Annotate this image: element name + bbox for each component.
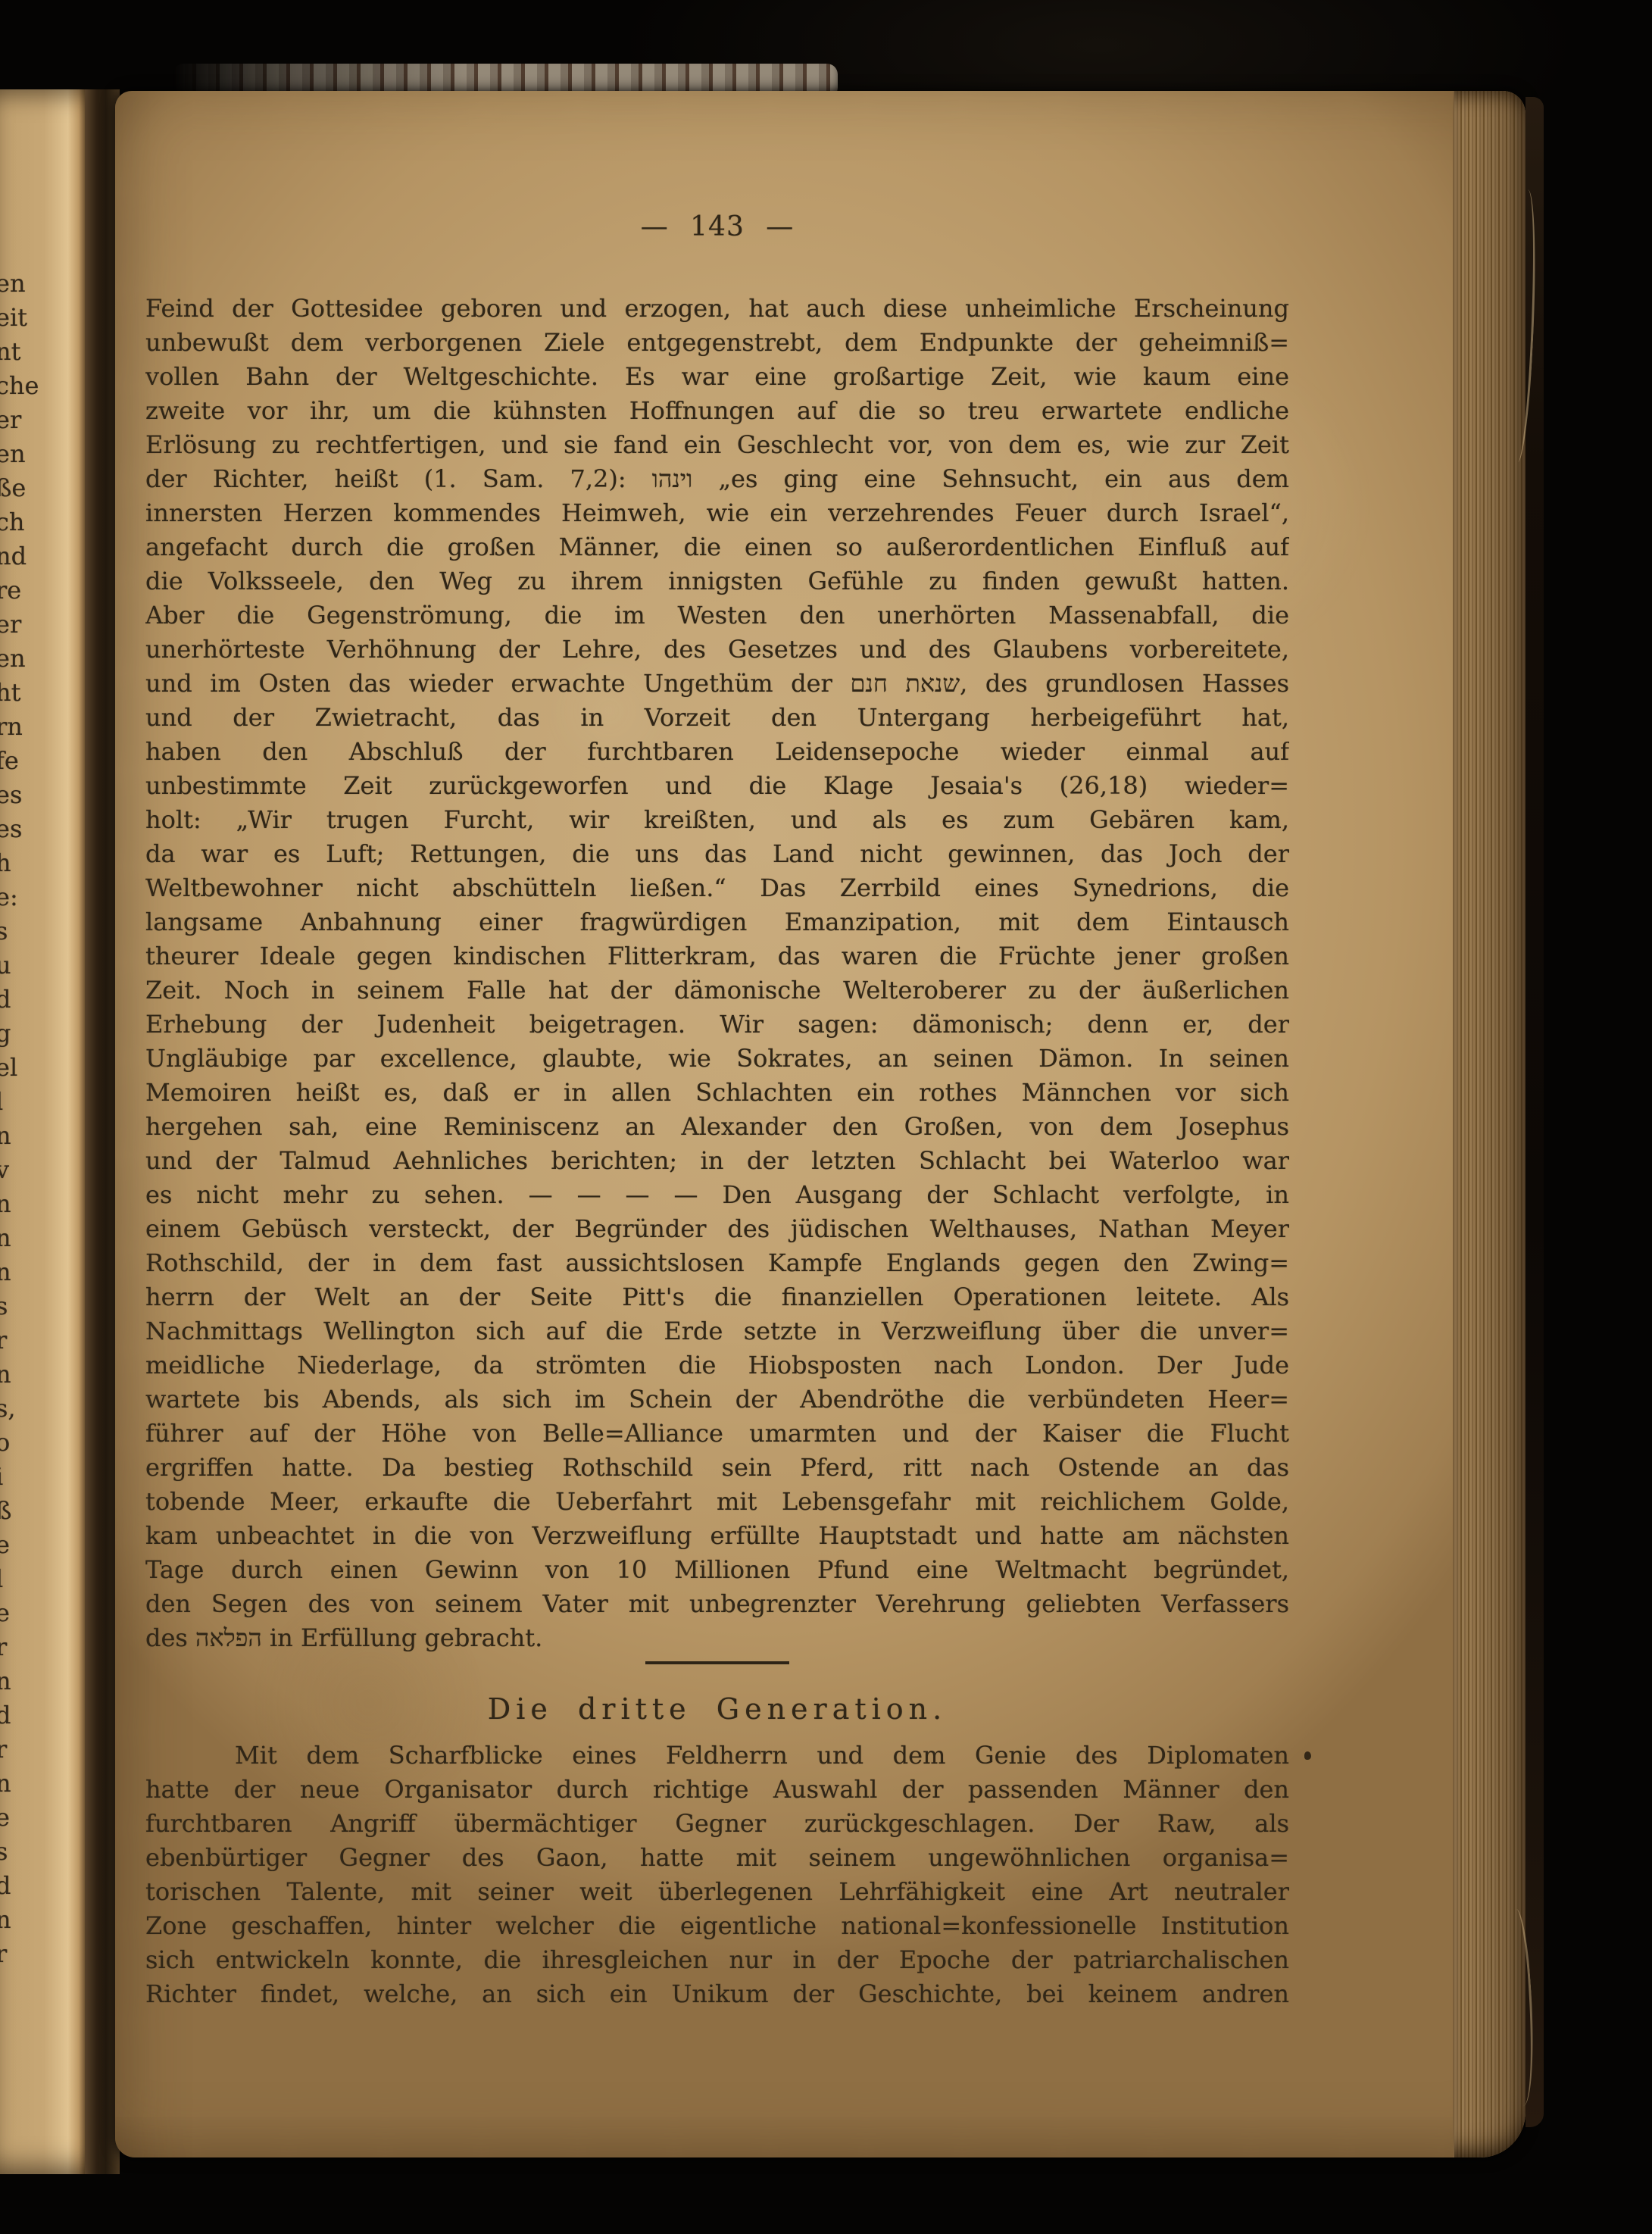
text-fragment: ße [0,471,85,505]
text-line: torischen Talente, mit seiner weit überl… [145,1875,1289,1909]
text-fragment: n [0,1119,85,1153]
text-fragment: n [0,1187,85,1221]
text-line: theurer Ideale gegen kindischen Flitterk… [145,939,1289,973]
text-fragment: re [0,573,85,608]
text-fragment: h [0,846,85,880]
text-line: hergehen sah, eine Reminiscenz an Alexan… [145,1110,1289,1144]
text-line: vollen Bahn der Weltgeschichte. Es war e… [145,360,1289,394]
text-line: Aber die Gegenströmung, die im Westen de… [145,598,1289,633]
text-fragment: che [0,369,85,403]
text-fragment: n [0,1255,85,1289]
text-line: führer auf der Höhe von Belle=Alliance u… [145,1417,1289,1451]
text-line: meidliche Niederlage, da strömten die Hi… [145,1348,1289,1383]
text-fragment: r [0,1937,85,1971]
book-page: — 143 — Feind der Gottesidee geboren und… [115,91,1526,2157]
text-line: wartete bis Abends, als sich im Schein d… [145,1383,1289,1417]
text-line: angefacht durch die großen Männer, die e… [145,530,1289,564]
text-fragment: n [0,1903,85,1937]
section-heading: Die dritte Generation. [145,1690,1289,1728]
facing-page-line-endings: eneitntcheerenßechndreerenhtrnfeeseshe:s… [0,89,85,1971]
text-line: unbewußt dem verborgenen Ziele entgegens… [145,326,1289,360]
text-line: innersten Herzen kommendes Heimweh, wie … [145,496,1289,530]
text-line: und der Talmud Aehnliches berichten; in … [145,1144,1289,1178]
text-fragment: v [0,1153,85,1187]
text-line: und im Osten das wieder erwachte Ungethü… [145,667,1289,701]
text-line: Erlösung zu rechtfertigen, und sie fand … [145,428,1289,462]
text-column: — 143 — Feind der Gottesidee geboren und… [145,91,1289,2011]
text-fragment: n [0,1767,85,1801]
text-fragment: n [0,1221,85,1255]
text-fragment: u [0,948,85,983]
text-fragment: ß [0,1494,85,1528]
book-photo: eneitntcheerenßechndreerenhtrnfeeseshe:s… [0,0,1652,2234]
section-divider [645,1661,789,1664]
text-line: zweite vor ihr, um die kühnsten Hoffnung… [145,394,1289,428]
text-fragment: e [0,1528,85,1562]
text-line: Memoiren heißt es, daß er in allen Schla… [145,1076,1289,1110]
section-paragraph: Mit dem Scharfblicke eines Feldherrn und… [145,1739,1289,2011]
text-line: Zone geschaffen, hinter welcher die eige… [145,1909,1289,1943]
text-line: langsame Anbahnung einer fragwürdigen Em… [145,905,1289,939]
text-fragment: ch [0,505,85,539]
text-line: einem Gebüsch versteckt, der Begründer d… [145,1212,1289,1246]
text-fragment: en [0,642,85,676]
text-fragment: r [0,1733,85,1767]
text-fragment: e: [0,880,85,914]
text-fragment: el [0,1051,85,1085]
text-fragment: en [0,437,85,471]
text-line: unerhörteste Verhöhnung der Lehre, des G… [145,633,1289,667]
text-fragment: l [0,1562,85,1596]
text-fragment: r [0,1630,85,1664]
text-fragment: o [0,1426,85,1460]
text-fragment: nt [0,335,85,369]
text-line: Richter findet, welche, an sich ein Unik… [145,1977,1289,2011]
text-fragment: eit [0,301,85,335]
text-fragment: n [0,1664,85,1698]
text-fragment: d [0,1698,85,1733]
text-line: holt: „Wir trugen Furcht, wir kreißten, … [145,803,1289,837]
text-line: unbestimmte Zeit zurückgeworfen und die … [145,769,1289,803]
text-line: Feind der Gottesidee geboren und erzogen… [145,292,1289,326]
text-line: Ungläubige par excellence, glaubte, wie … [145,1042,1289,1076]
text-line: der Richter, heißt (1. Sam. 7,2): וינהו … [145,462,1289,496]
text-fragment: n [0,1358,85,1392]
text-fragment: g [0,1017,85,1051]
text-fragment: es [0,812,85,846]
text-line: tobende Meer, erkaufte die Ueberfahrt mi… [145,1485,1289,1519]
text-line: Weltbewohner nicht abschütteln ließen.“ … [145,871,1289,905]
text-fragment: i [0,1460,85,1494]
ink-speck [1304,1751,1311,1760]
text-fragment: s, [0,1392,85,1426]
text-fragment: nd [0,539,85,573]
text-fragment: l [0,1085,85,1119]
text-fragment: en [0,267,85,301]
text-fragment: rn [0,710,85,744]
text-line: Zeit. Noch in seinem Falle hat der dämon… [145,973,1289,1008]
text-line: ergriffen hatte. Da bestieg Rothschild s… [145,1451,1289,1485]
text-line: furchtbaren Angriff übermächtiger Gegner… [145,1807,1289,1841]
text-line: haben den Abschluß der furchtbaren Leide… [145,735,1289,769]
opening-paragraph: Feind der Gottesidee geboren und erzogen… [145,292,1289,1655]
text-line: kam unbeachtet in die von Verzweiflung e… [145,1519,1289,1553]
text-fragment: d [0,1869,85,1903]
text-line: da war es Luft; Rettungen, die uns das L… [145,837,1289,871]
text-fragment: e [0,1801,85,1835]
text-fragment: r [0,1323,85,1358]
text-line: den Segen des von seinem Vater mit unbeg… [145,1587,1289,1621]
text-fragment: d [0,983,85,1017]
text-fragment: fe [0,744,85,778]
text-line: hatte der neue Organisator durch richtig… [145,1773,1289,1807]
text-line: des הפלאה in Erfüllung gebracht. [145,1621,1289,1655]
text-line: Rothschild, der in dem fast aussichtslos… [145,1246,1289,1280]
text-fragment: er [0,608,85,642]
text-line: ebenbürtiger Gegner des Gaon, hatte mit … [145,1841,1289,1875]
text-fragment: er [0,403,85,437]
text-fragment: s [0,1835,85,1869]
page-number: — 143 — [145,211,1289,244]
text-fragment: s [0,1289,85,1323]
text-fragment: e [0,1596,85,1630]
text-line: sich entwickeln konnte, die ihresgleiche… [145,1943,1289,1977]
text-line: es nicht mehr zu sehen. — — — — Den Ausg… [145,1178,1289,1212]
text-line: Mit dem Scharfblicke eines Feldherrn und… [145,1739,1289,1773]
text-line: herrn der Welt an der Seite Pitt's die f… [145,1280,1289,1314]
text-line: und der Zwietracht, das in Vorzeit den U… [145,701,1289,735]
text-fragment: s [0,914,85,948]
text-line: Erhebung der Judenheit beigetragen. Wir … [145,1008,1289,1042]
facing-page-sliver: eneitntcheerenßechndreerenhtrnfeeseshe:s… [0,89,85,2174]
text-fragment: es [0,778,85,812]
text-line: Tage durch einen Gewinn von 10 Millionen… [145,1553,1289,1587]
text-line: Nachmittags Wellington sich auf die Erde… [145,1314,1289,1348]
text-fragment: ht [0,676,85,710]
text-line: die Volksseele, den Weg zu ihrem innigst… [145,564,1289,598]
